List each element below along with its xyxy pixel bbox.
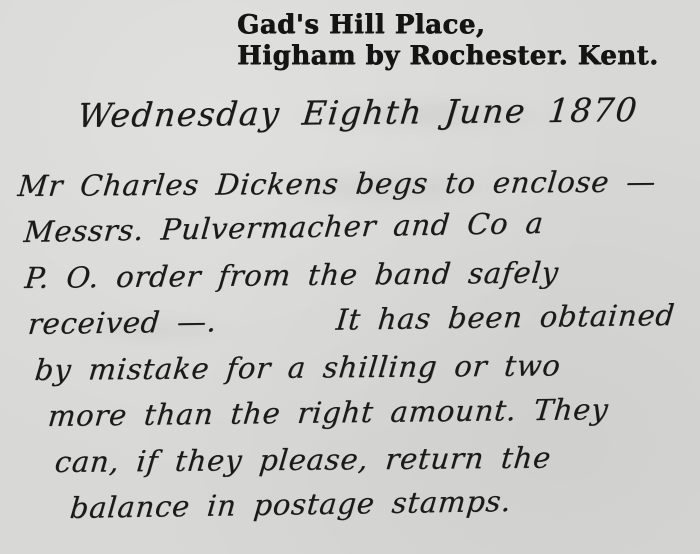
handwritten-line: received —. It has been obtained <box>26 292 700 347</box>
handwritten-line: by mistake for a shilling or two <box>33 341 700 393</box>
letter-scan-page: Gad's Hill Place, Higham by Rochester. K… <box>0 0 700 554</box>
printed-letterhead: Gad's Hill Place, Higham by Rochester. K… <box>237 10 659 72</box>
handwritten-line: more than the right amount. They <box>46 385 700 439</box>
letterhead-address-line-2: Higham by Rochester. Kent. <box>237 41 659 72</box>
letterhead-address-line-1: Gad's Hill Place, <box>237 10 659 41</box>
handwritten-date-line: Wednesday Eighth June 1870 <box>76 90 640 135</box>
handwritten-letter-body: Mr Charles Dickens begs to enclose — Mes… <box>0 163 700 531</box>
handwritten-line: balance in postage stamps. <box>68 475 700 531</box>
